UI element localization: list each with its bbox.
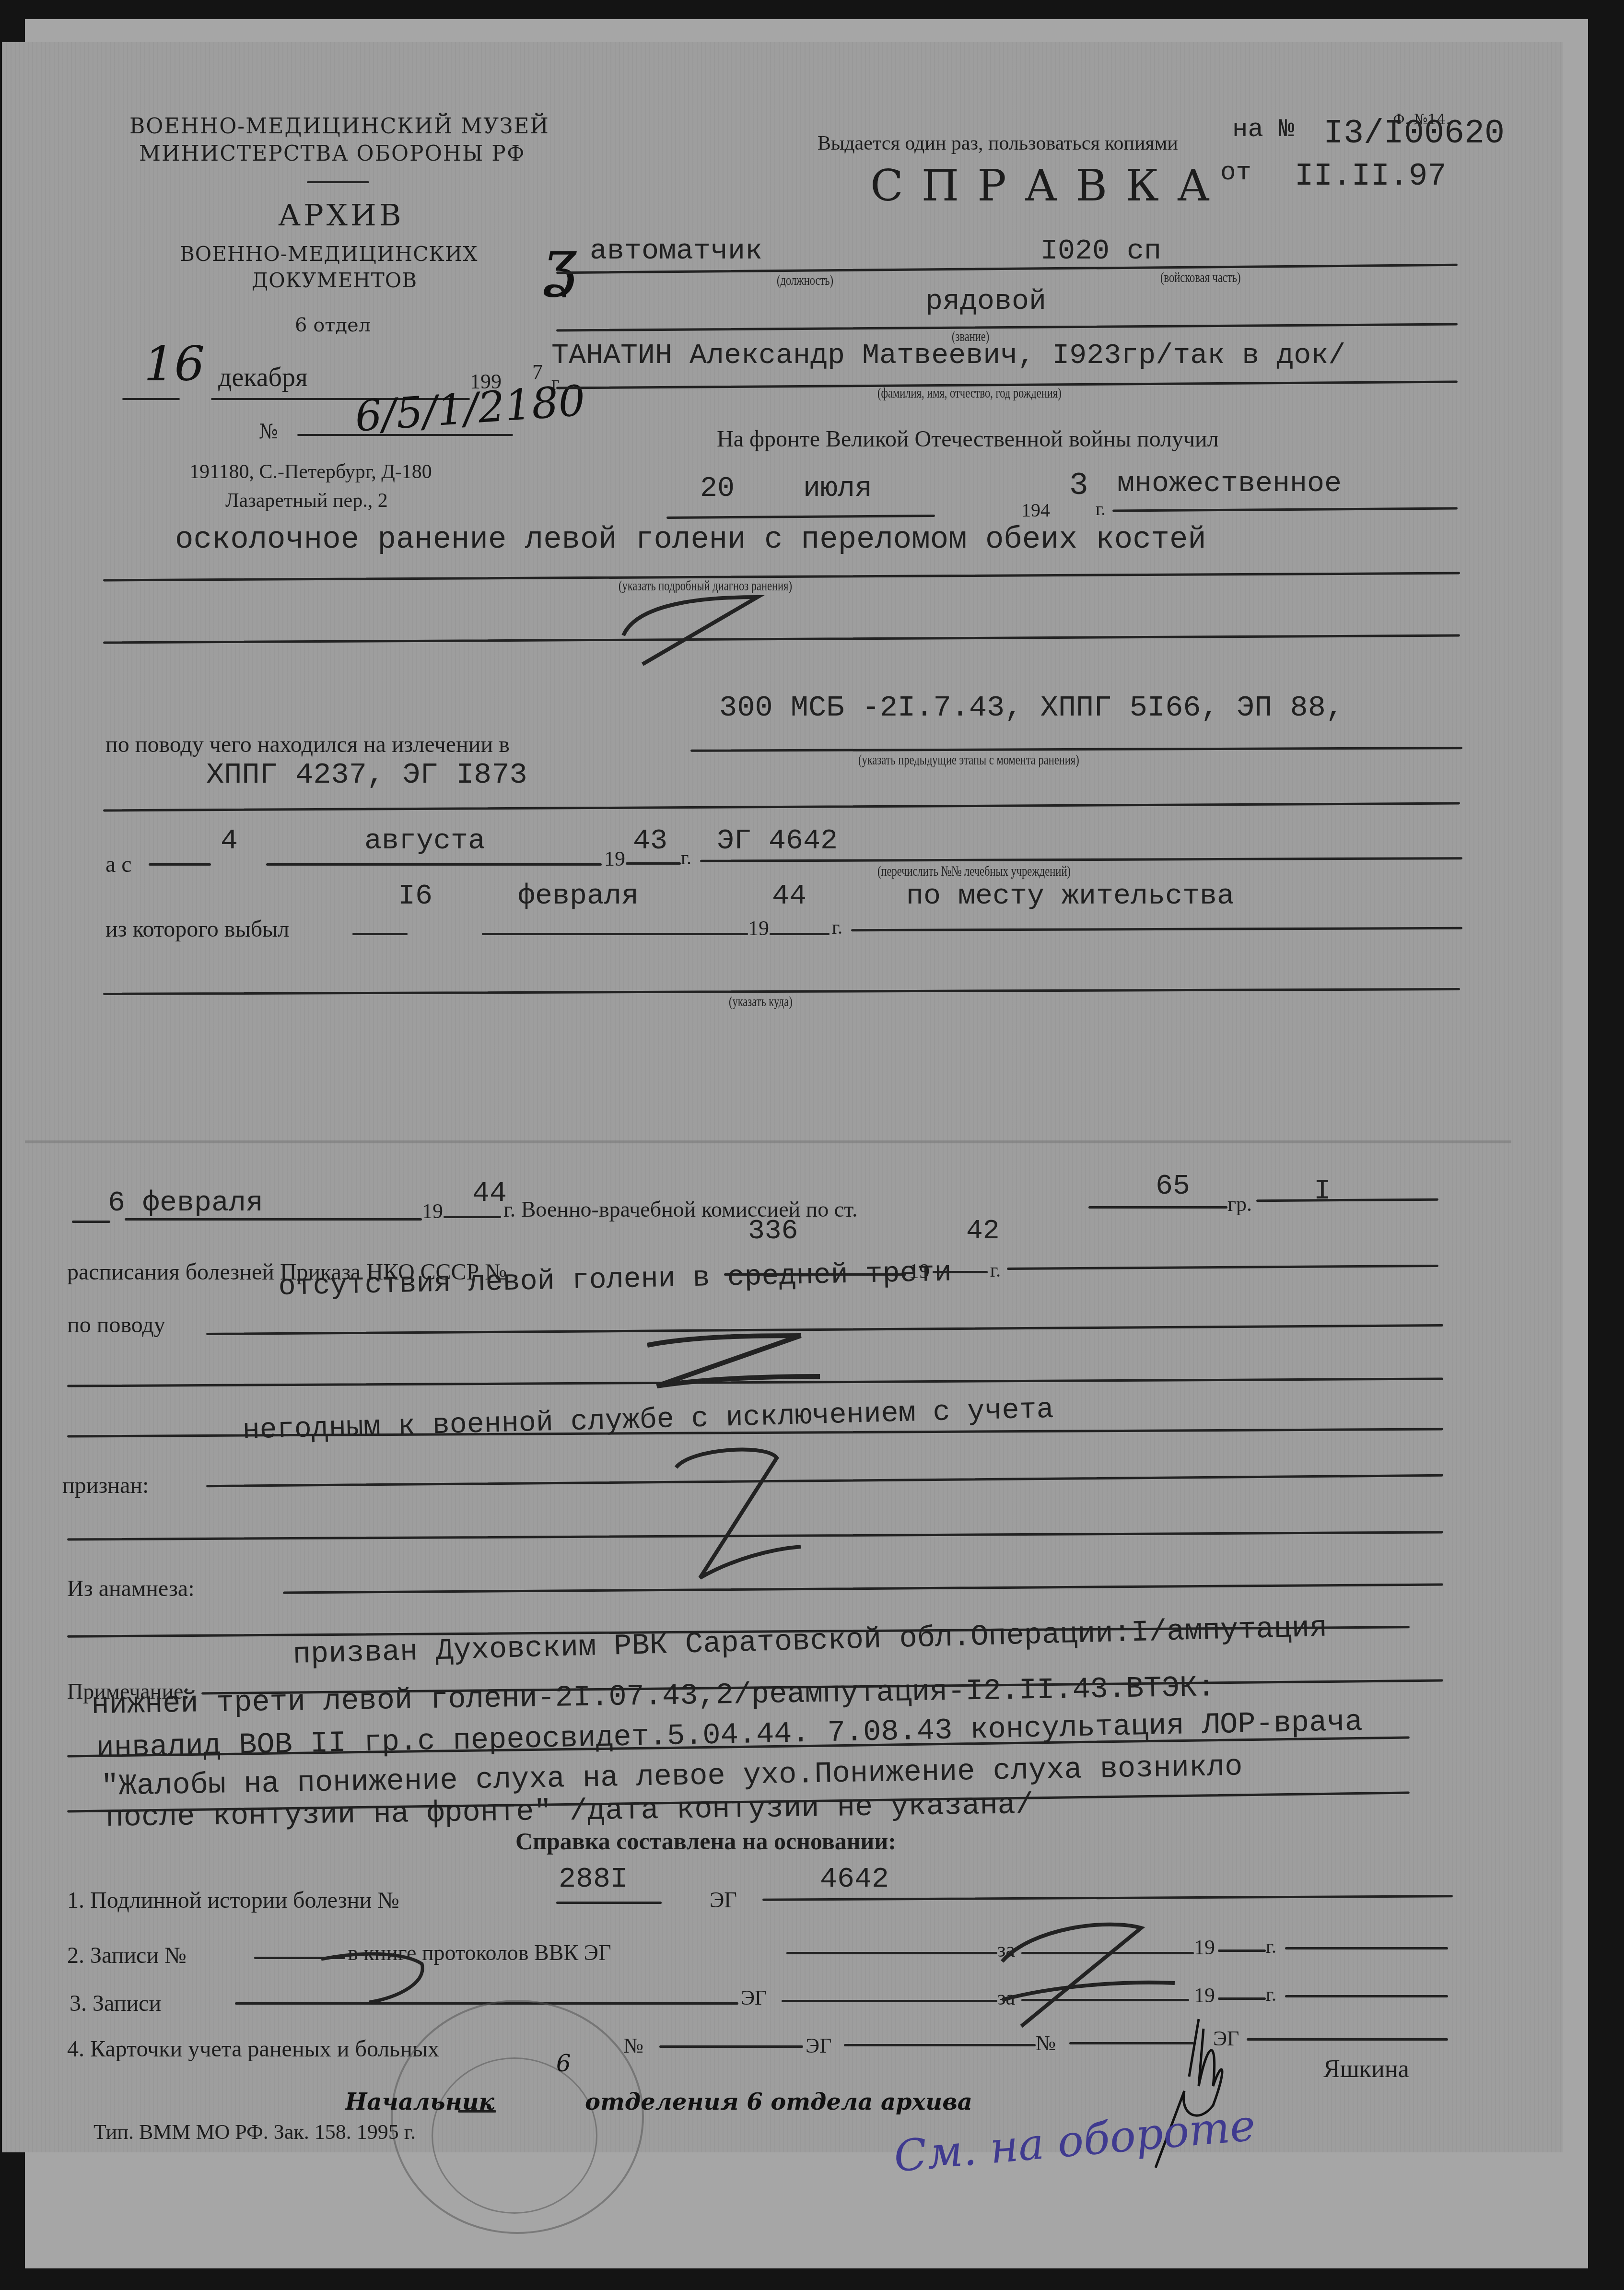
chief-department: отделения 6 отдела архива	[585, 2089, 972, 2115]
archive-title: АРХИВ	[278, 198, 404, 233]
unit-value: I020 сп	[1040, 235, 1161, 268]
history-eg-number: 4642	[820, 1863, 889, 1896]
underline	[1218, 1949, 1266, 1952]
year-prefix: 19	[1194, 1935, 1215, 1960]
discharge-caption: (указать куда)	[729, 994, 793, 1010]
eg-label: ЭГ	[806, 2033, 831, 2058]
diagnosis-caption: (указать подробный диагноз ранения)	[619, 578, 792, 594]
anamnesis-label: Из анамнеза:	[67, 1575, 194, 1602]
underline	[1218, 1997, 1266, 2000]
museum-name-line1: ВОЕННО-МЕДИЦИНСКИЙ МУЗЕЙ	[129, 114, 549, 139]
basis-item-3-label: 3. Записи	[70, 1990, 161, 2017]
cancel-z-mark-icon	[614, 592, 786, 669]
discharge-label: из которого выбыл	[105, 916, 289, 942]
underline	[626, 862, 681, 865]
wound-year-suffix: 3	[1069, 468, 1088, 504]
wound-year-prefix: 194	[1021, 499, 1050, 521]
underline	[786, 1952, 997, 1954]
from-label: а с	[105, 851, 132, 878]
treatment-caption: (указать предыдущие этапы с момента ране…	[858, 752, 1079, 768]
year-label: г.	[1266, 1983, 1276, 2006]
number-label: №	[259, 420, 278, 443]
basis-title: Справка составлена на основании:	[515, 1827, 896, 1855]
full-name-value: ТАНАТИН Александр Матвеевич, I923гр/так …	[551, 340, 1345, 372]
order-number: 336	[748, 1216, 798, 1247]
cancel-z-mark-icon	[662, 1444, 834, 1583]
from-hospital: ЭГ 4642	[717, 825, 838, 857]
year-label: г.	[681, 846, 691, 869]
discharge-year-prefix: 19	[748, 916, 769, 940]
treatment-value-1: 300 МСБ -2I.7.43, ХППГ 5I66, ЭП 88,	[719, 691, 1344, 725]
number-label: №	[623, 2033, 643, 2058]
round-stamp-inner	[432, 2057, 597, 2214]
disability-group: I	[1314, 1175, 1331, 1208]
underline	[149, 863, 211, 866]
basis-item-1-label: 1. Подлинной истории болезни №	[67, 1887, 399, 1914]
number-label: №	[1036, 2031, 1056, 2055]
front-text: На фронте Великой Отечественной войны по…	[717, 426, 1219, 452]
discharge-year-suffix: 44	[772, 880, 806, 913]
bracket-mark-icon: ʓ	[542, 225, 577, 298]
underline	[444, 1216, 501, 1218]
group-label: гр.	[1227, 1192, 1252, 1216]
discharge-month: февраля	[518, 880, 639, 913]
discharge-to: по месту жительства	[906, 880, 1234, 913]
underline	[1247, 2038, 1448, 2041]
rank-value: рядовой	[925, 285, 1046, 318]
ref-date: II.II.97	[1295, 158, 1447, 194]
ref-number: I3/I00620	[1323, 115, 1505, 153]
year-label: г.	[990, 1259, 1001, 1281]
cancel-z-mark-icon	[638, 1331, 839, 1393]
treatment-label: по поводу чего находился на излечении в	[105, 731, 510, 758]
wound-day: 20	[700, 472, 735, 505]
reason-label: по поводу	[67, 1312, 165, 1338]
underline	[844, 2044, 1036, 2046]
underline	[122, 398, 180, 400]
from-caption: (перечислить №№ лечебных учреждений)	[877, 863, 1071, 880]
ref-number-label: на №	[1232, 115, 1295, 144]
underline	[1285, 1947, 1448, 1949]
name-caption: (фамилия, имя, отчество, год рождения)	[877, 385, 1062, 401]
eg-label: ЭГ	[710, 1887, 737, 1913]
commission-date: 6 февраля	[108, 1187, 263, 1220]
fold-line	[25, 1140, 1511, 1143]
discharge-day: I6	[398, 880, 432, 913]
basis-item-4-label: 4. Карточки учета раненых и больных	[67, 2036, 439, 2062]
wound-month: июля	[803, 472, 872, 505]
ref-date-label: от	[1220, 158, 1251, 188]
department: 6 отдел	[295, 314, 371, 336]
position-caption: (должность)	[777, 272, 833, 289]
underline	[482, 933, 748, 935]
underline	[352, 933, 408, 935]
wound-type: множественное	[1117, 468, 1342, 500]
eg-label: ЭГ	[741, 1985, 767, 2010]
underline	[266, 863, 602, 866]
from-day: 4	[221, 825, 238, 857]
year-label: г.	[1096, 499, 1106, 520]
article-number: 65	[1156, 1170, 1190, 1203]
underline	[125, 1218, 422, 1221]
commission-year-suffix: 44	[472, 1177, 507, 1210]
verdict-label: признан:	[62, 1472, 149, 1499]
signer-name: Яшкина	[1323, 2055, 1409, 2083]
issue-date-month: декабря	[218, 362, 308, 393]
from-year-prefix: 19	[604, 846, 625, 871]
chief-section-number: 6	[556, 2050, 571, 2077]
treatment-value-2: ХППГ 4237, ЭГ I873	[206, 758, 527, 792]
commission-year-prefix: 19	[422, 1199, 443, 1223]
issue-note: Выдается один раз, пользоваться копиями	[818, 132, 1178, 155]
printer-imprint: Тип. ВММ МО РФ. Зак. 158. 1995 г.	[93, 2120, 416, 2144]
commission-text: г. Военно-врачебной комиссией по ст.	[503, 1197, 857, 1222]
address-line1: 191180, С.-Петербург, Д-180	[189, 460, 432, 483]
underline	[556, 1902, 662, 1904]
underline	[659, 2045, 803, 2048]
underline	[770, 933, 830, 935]
from-month: августа	[364, 825, 485, 857]
order-year-suffix: 42	[966, 1216, 1000, 1247]
position-value: автоматчик	[590, 235, 762, 268]
museum-name-line2: МИНИСТЕРСТВА ОБОРОНЫ РФ	[139, 141, 526, 166]
underline	[72, 1221, 110, 1223]
diagnosis-value: осколочное ранение левой голени с перело…	[175, 523, 1206, 557]
document-title: СПРАВКА	[870, 161, 1228, 211]
issue-date-day: 16	[144, 336, 205, 392]
archive-subtitle-1: ВОЕННО-МЕДИЦИНСКИХ	[180, 242, 478, 266]
from-year-suffix: 43	[633, 825, 667, 857]
year-prefix: 19	[1194, 1983, 1215, 2008]
underline	[1285, 1995, 1448, 1997]
archive-subtitle-2: ДОКУМЕНТОВ	[252, 269, 417, 292]
unit-caption: (войсковая часть)	[1160, 270, 1240, 286]
history-number: 288I	[559, 1863, 628, 1896]
basis-item-2-label: 2. Записи №	[67, 1942, 187, 1969]
underline	[782, 2000, 997, 2002]
underline	[458, 2110, 496, 2113]
divider	[307, 181, 369, 183]
underline	[1088, 1206, 1227, 1209]
year-label: г.	[832, 916, 842, 939]
year-label: г.	[1266, 1935, 1276, 1958]
address-line2: Лазаретный пер., 2	[225, 489, 388, 512]
cancel-mark-icon	[312, 1945, 436, 2007]
